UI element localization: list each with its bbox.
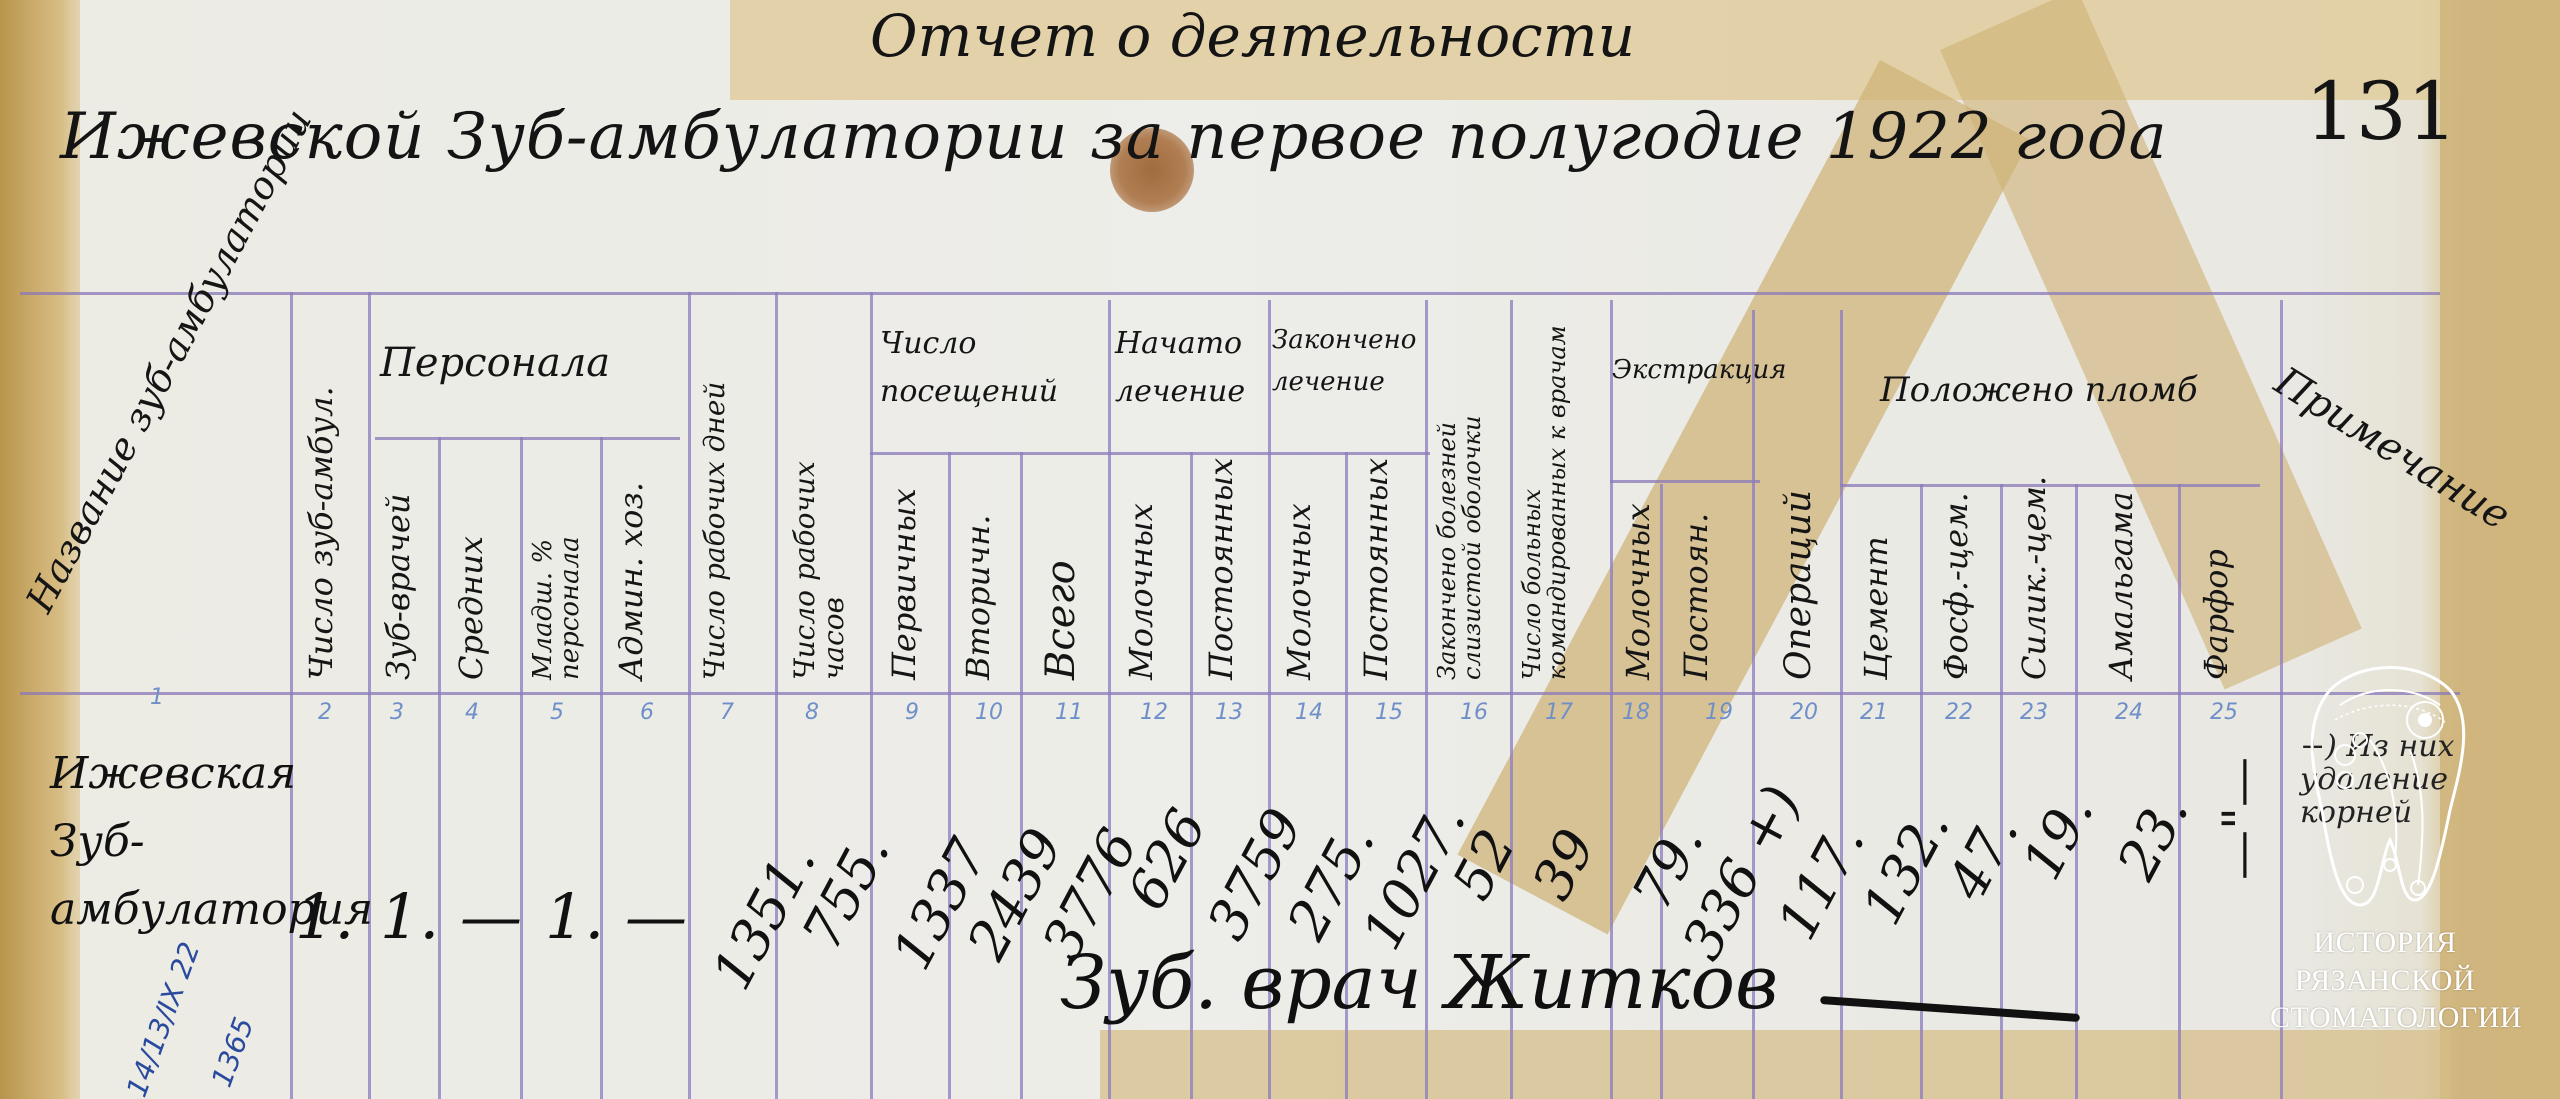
group-header-fillings: Положено пломб: [1880, 370, 2198, 410]
col-number: 15: [1375, 700, 1403, 725]
col-number: 17: [1545, 700, 1573, 725]
col-header-9: Первичных: [888, 488, 922, 680]
col-number: 14: [1295, 700, 1323, 725]
col-header-6: Админ. хоз.: [615, 482, 649, 680]
col-number: 20: [1790, 700, 1818, 725]
col-header-17: Число больных командированных к врачам: [1520, 300, 1570, 680]
col-divider: [2000, 484, 2003, 1099]
col-number: 13: [1215, 700, 1243, 725]
col-divider: [438, 437, 441, 1099]
group-header-personnel: Персонала: [380, 340, 610, 386]
col-number: 3: [390, 700, 404, 725]
row-name-izhevsk-clinic: Ижевская Зуб-амбулатория: [50, 740, 290, 945]
col-header-10: Вторичн.: [962, 515, 996, 680]
col-header-14: Молочных: [1283, 503, 1317, 680]
col-header-5: Младш. % персонала: [530, 460, 585, 680]
col-number: 10: [975, 700, 1003, 725]
col-header-24: Амальгама: [2105, 492, 2139, 681]
col-divider: [520, 437, 523, 1099]
watermark-line-1: ИСТОРИЯ: [2270, 924, 2500, 962]
personnel-subheader-line: [375, 437, 680, 440]
tooth-icon: [2300, 660, 2470, 920]
col-divider: [600, 437, 603, 1099]
cell-col25: —"—: [2215, 757, 2268, 880]
col-divider: [2075, 484, 2078, 1099]
header-bottom-border: [20, 692, 2460, 695]
col-number: 25: [2210, 700, 2238, 725]
col-number: 7: [720, 700, 734, 725]
col-divider: [775, 292, 778, 1099]
col-header-21: Цемент: [1860, 536, 1894, 680]
doctor-signature: Зуб. врач Житков: [1060, 940, 1778, 1026]
col-header-3: Зуб-врачей: [382, 494, 416, 680]
col-header-22: Фосф.-цем.: [1940, 492, 1974, 680]
col-number: 12: [1140, 700, 1168, 725]
col-divider: [2178, 484, 2181, 1099]
watermark-logo: ИСТОРИЯ РЯЗАНСКОЙ СТОМАТОЛОГИИ: [2270, 660, 2500, 1037]
col-divider: [870, 292, 873, 1099]
registration-number: 1365: [205, 1013, 260, 1091]
group-header-finished-treatment: Закончено лечение: [1272, 320, 1422, 403]
col-number: 11: [1055, 700, 1083, 725]
page-number: 131: [2305, 65, 2458, 158]
signature-underline: [1820, 996, 2080, 1022]
col-header-11: Всего: [1040, 560, 1082, 680]
col-number: 24: [2115, 700, 2143, 725]
cell-col3: 1.: [380, 880, 439, 953]
col-number: 2: [318, 700, 332, 725]
extraction-subheader-line: [1610, 480, 1760, 483]
group-header-visits: Число посещений: [880, 320, 1100, 416]
col-divider: [290, 292, 293, 1099]
document-photo: Отчет о деятельности Ижевской Зуб-амбула…: [0, 0, 2560, 1099]
cell-col24: 23.: [2105, 784, 2201, 889]
cell-col5: 1.: [545, 880, 604, 953]
col-number: 8: [805, 700, 819, 725]
col-number: 21: [1860, 700, 1888, 725]
col-header-2: Число зуб-амбул.: [305, 386, 339, 680]
col-header-19: Постоян.: [1680, 513, 1714, 680]
watermark-line-3: СТОМАТОЛОГИИ: [2270, 999, 2500, 1037]
col-number: 16: [1460, 700, 1488, 725]
report-title: Отчет о деятельности: [870, 2, 1635, 70]
col-header-4: Средних: [455, 536, 489, 680]
col-divider: [948, 452, 951, 1099]
col-header-7: Число рабочих дней: [700, 370, 729, 680]
watermark-line-2: РЯЗАНСКОЙ: [2270, 962, 2500, 1000]
col-number: 1: [150, 685, 164, 710]
tape-strip-bottom: [1100, 1030, 2450, 1099]
col-header-16: Закончено болезней слизистой оболочки: [1435, 300, 1485, 680]
cell-col6: —: [625, 880, 687, 953]
col-header-20: Операций: [1780, 490, 1818, 680]
col-header-25: Фарфор: [2200, 549, 2234, 680]
col-header-13: Постоянных: [1205, 458, 1239, 680]
col-number: 22: [1945, 700, 1973, 725]
cell-col2: 1.: [295, 880, 354, 953]
col-header-8: Число рабочих часов: [790, 370, 849, 680]
col-number: 5: [550, 700, 564, 725]
cell-col4: —: [460, 880, 522, 953]
col-number: 9: [905, 700, 919, 725]
col-header-18: Молочных: [1622, 503, 1656, 680]
col-number: 6: [640, 700, 654, 725]
group-header-extraction: Экстракция: [1612, 350, 1752, 392]
col-number: 4: [465, 700, 479, 725]
col-header-23: Силик.-цем.: [2018, 476, 2052, 680]
col-divider: [368, 292, 371, 1099]
report-subtitle: Ижевской Зуб-амбулатории за первое полуг…: [60, 100, 2168, 174]
registration-date: 14/13/IX 22: [120, 938, 206, 1099]
cell-col23: 19.: [2010, 784, 2106, 889]
col-header-12: Молочных: [1125, 503, 1159, 680]
col-number: 23: [2020, 700, 2048, 725]
table-top-border: [20, 292, 2440, 295]
col-divider: [1840, 310, 1843, 1099]
col-header-15: Постоянных: [1360, 458, 1394, 680]
col-number: 18: [1622, 700, 1650, 725]
col-divider: [688, 292, 691, 1099]
col-number: 19: [1705, 700, 1733, 725]
col-divider: [1020, 452, 1023, 1099]
group-header-started-treatment: Начато лечение: [1115, 320, 1265, 416]
